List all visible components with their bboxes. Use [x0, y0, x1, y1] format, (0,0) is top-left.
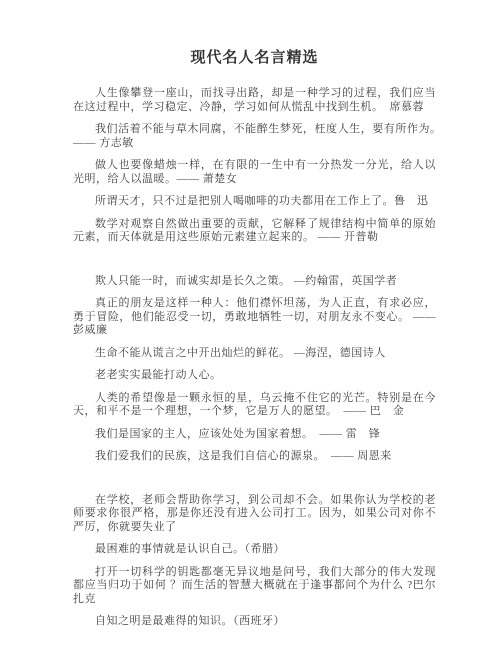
quote-paragraph-4: 所谓天才，只不过是把别人喝咖啡的功夫都用在工作上了。鲁 迅 [73, 195, 436, 209]
quote-paragraph-7: 真正的朋友是这样一种人：他们襟怀坦荡，为人正直，有求必应，勇于冒险，他们能忍受一… [73, 297, 436, 338]
quote-paragraph-11: 我们是国家的主人，应该处处为国家着想。 —— 雷 锋 [73, 428, 436, 442]
quote-paragraph-12: 我们爱我们的民族，这是我们自信心的源泉。 —— 周恩来 [73, 450, 436, 464]
quote-paragraph-16: 自知之明是最难得的知识。（西班牙） [73, 615, 436, 629]
document-title: 现代名人名言精选 [73, 46, 436, 67]
quote-paragraph-8: 生命不能从谎言之中开出灿烂的鲜花。 —海涅，德国诗人 [73, 347, 436, 361]
quote-paragraph-9: 老老实实最能打动人心。 [73, 369, 436, 383]
quote-paragraph-2: 我们活着不能与草木同腐，不能醉生梦死，枉度人生，要有所作为。 —— 方志敏 [73, 123, 436, 150]
quote-paragraph-1: 人生像攀登一座山，而找寻出路，却是一种学习的过程，我们应当在这过程中，学习稳定、… [73, 87, 436, 114]
quote-paragraph-13: 在学校，老师会帮助你学习，到公司却不会。如果你认为学校的老师要求你很严格，那是你… [73, 494, 436, 535]
quote-paragraph-15: 打开一切科学的钥匙都毫无异议地是问号，我们大部分的伟大发现都应当归功于如何 ？而… [73, 566, 436, 607]
quote-paragraph-3: 做人也要像蜡烛一样，在有限的一生中有一分热发一分光，给人以光明，给人以温暖。——… [73, 159, 436, 186]
document-page: 现代名人名言精选 人生像攀登一座山，而找寻出路，却是一种学习的过程，我们应当在这… [0, 0, 500, 647]
quote-paragraph-5: 数学对观察自然做出重要的贡献，它解释了规律结构中简单的原始元素，而天体就是用这些… [73, 218, 436, 245]
quote-paragraph-14: 最困难的事情就是认识自己。（希腊） [73, 543, 436, 557]
quote-paragraph-6: 欺人只能一时，而诚实却是长久之策。 —约翰雷，英国学者 [73, 275, 436, 289]
document-body: 人生像攀登一座山，而找寻出路，却是一种学习的过程，我们应当在这过程中，学习稳定、… [73, 87, 436, 629]
quote-paragraph-10: 人类的希望像是一颗永恒的星，乌云掩不住它的光芒。特别是在今天，和平不是一个理想，… [73, 392, 436, 419]
